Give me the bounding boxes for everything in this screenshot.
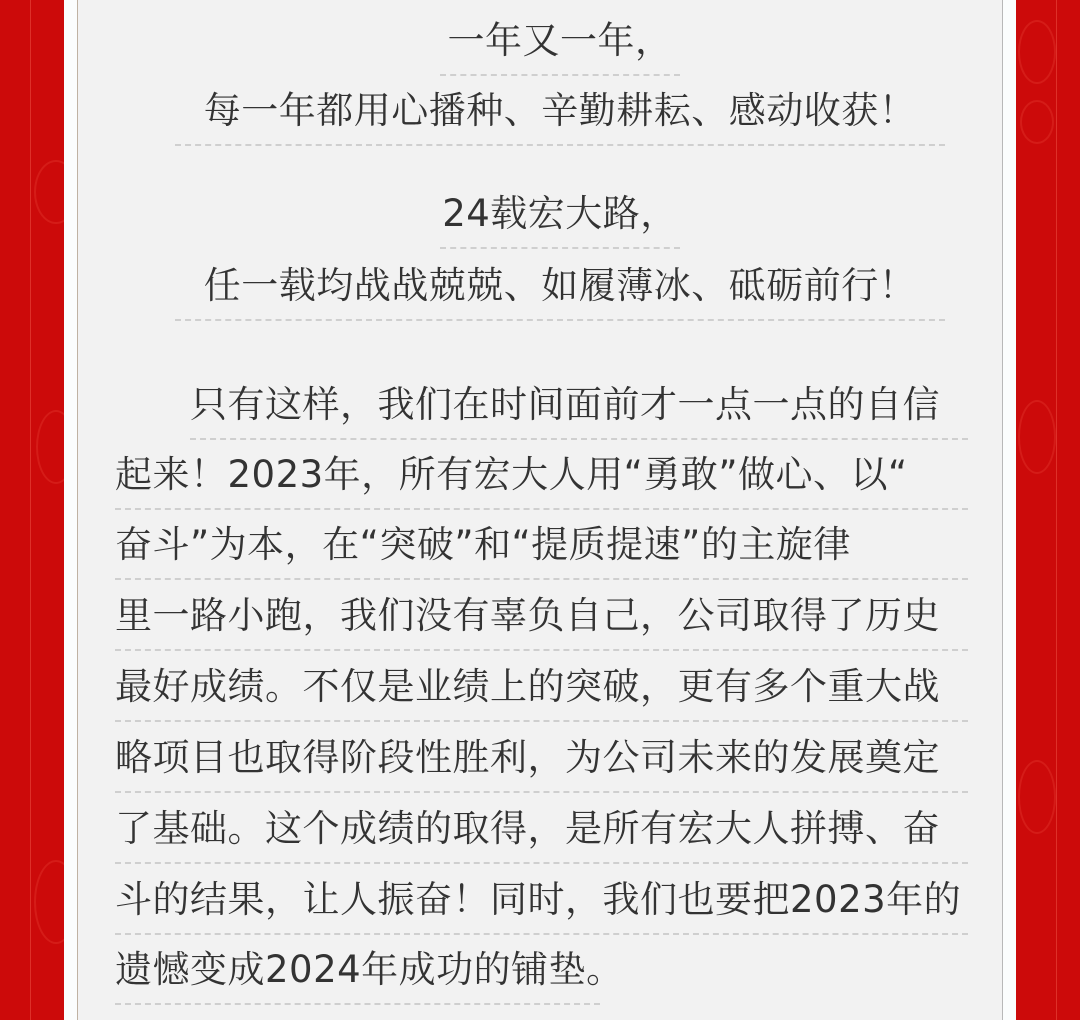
paragraph-line: 奋斗”为本，在“突破”和“提质提速”的主旋律 [115, 522, 968, 568]
paragraph-text: 斗的结果，让人振奋！同时，我们也要把2023年的 [115, 878, 961, 921]
right-red-border [1016, 0, 1080, 1020]
border-inner-line [1056, 0, 1057, 1020]
swirl-ornament [1018, 400, 1056, 474]
paragraph-line: 了基础。这个成绩的取得，是所有宏大人拼搏、奋 [115, 806, 968, 852]
paragraph-line: 起来！2023年，所有宏大人用“勇敢”做心、以“ [115, 452, 968, 498]
paragraph-text: 了基础。这个成绩的取得，是所有宏大人拼搏、奋 [115, 807, 940, 850]
verse2-line2: 任一载均战战兢兢、如履薄冰、砥砺前行！ [175, 263, 945, 309]
verse1-line2: 每一年都用心播种、辛勤耕耘、感动收获！ [175, 88, 945, 134]
left-white-strip [64, 0, 77, 1020]
paragraph-text: 起来！2023年，所有宏大人用“勇敢”做心、以“ [115, 453, 908, 496]
right-white-strip [1003, 0, 1016, 1020]
dashed-underline [115, 720, 968, 722]
paragraph-text: 只有这样，我们在时间面前才一点一点的自信 [190, 383, 940, 426]
swirl-ornament [1018, 20, 1056, 84]
verse-text: 任一载均战战兢兢、如履薄冰、砥砺前行！ [204, 264, 917, 307]
paragraph-line: 最好成绩。不仅是业绩上的突破，更有多个重大战 [115, 664, 968, 710]
paragraph-line: 略项目也取得阶段性胜利，为公司未来的发展奠定 [115, 735, 968, 781]
paragraph-text: 里一路小跑，我们没有辜负自己，公司取得了历史 [115, 594, 940, 637]
paragraph-text: 最好成绩。不仅是业绩上的突破，更有多个重大战 [115, 665, 940, 708]
dashed-underline [115, 791, 968, 793]
paragraph-line: 遗憾变成2024年成功的铺垫。 [115, 947, 600, 993]
left-red-border [0, 0, 64, 1020]
dashed-underline [115, 578, 968, 580]
paragraph-line: 里一路小跑，我们没有辜负自己，公司取得了历史 [115, 593, 968, 639]
verse1-line1: 一年又一年， [440, 18, 680, 64]
dashed-underline [115, 1003, 600, 1005]
dashed-underline [115, 649, 968, 651]
dashed-underline [175, 319, 945, 321]
dashed-underline [115, 933, 968, 935]
swirl-ornament [1020, 100, 1054, 144]
dashed-underline [440, 247, 680, 249]
border-inner-line [30, 0, 31, 1020]
swirl-ornament [1018, 760, 1056, 834]
paragraph-text: 奋斗”为本，在“突破”和“提质提速”的主旋律 [115, 523, 851, 566]
verse-text: 24载宏大路， [442, 192, 678, 235]
dashed-underline [175, 144, 945, 146]
dashed-underline [190, 438, 968, 440]
paragraph-line: 斗的结果，让人振奋！同时，我们也要把2023年的 [115, 877, 968, 923]
dashed-underline [440, 74, 680, 76]
paragraph-text: 遗憾变成2024年成功的铺垫。 [115, 948, 624, 991]
paragraph-line: 只有这样，我们在时间面前才一点一点的自信 [190, 382, 968, 428]
verse-text: 一年又一年， [448, 19, 673, 62]
paragraph-text: 略项目也取得阶段性胜利，为公司未来的发展奠定 [115, 736, 940, 779]
verse-text: 每一年都用心播种、辛勤耕耘、感动收获！ [204, 89, 917, 132]
dashed-underline [115, 862, 968, 864]
left-frame-line [77, 0, 78, 1020]
right-frame-line [1002, 0, 1003, 1020]
dashed-underline [115, 508, 968, 510]
verse2-line1: 24载宏大路， [440, 191, 680, 237]
